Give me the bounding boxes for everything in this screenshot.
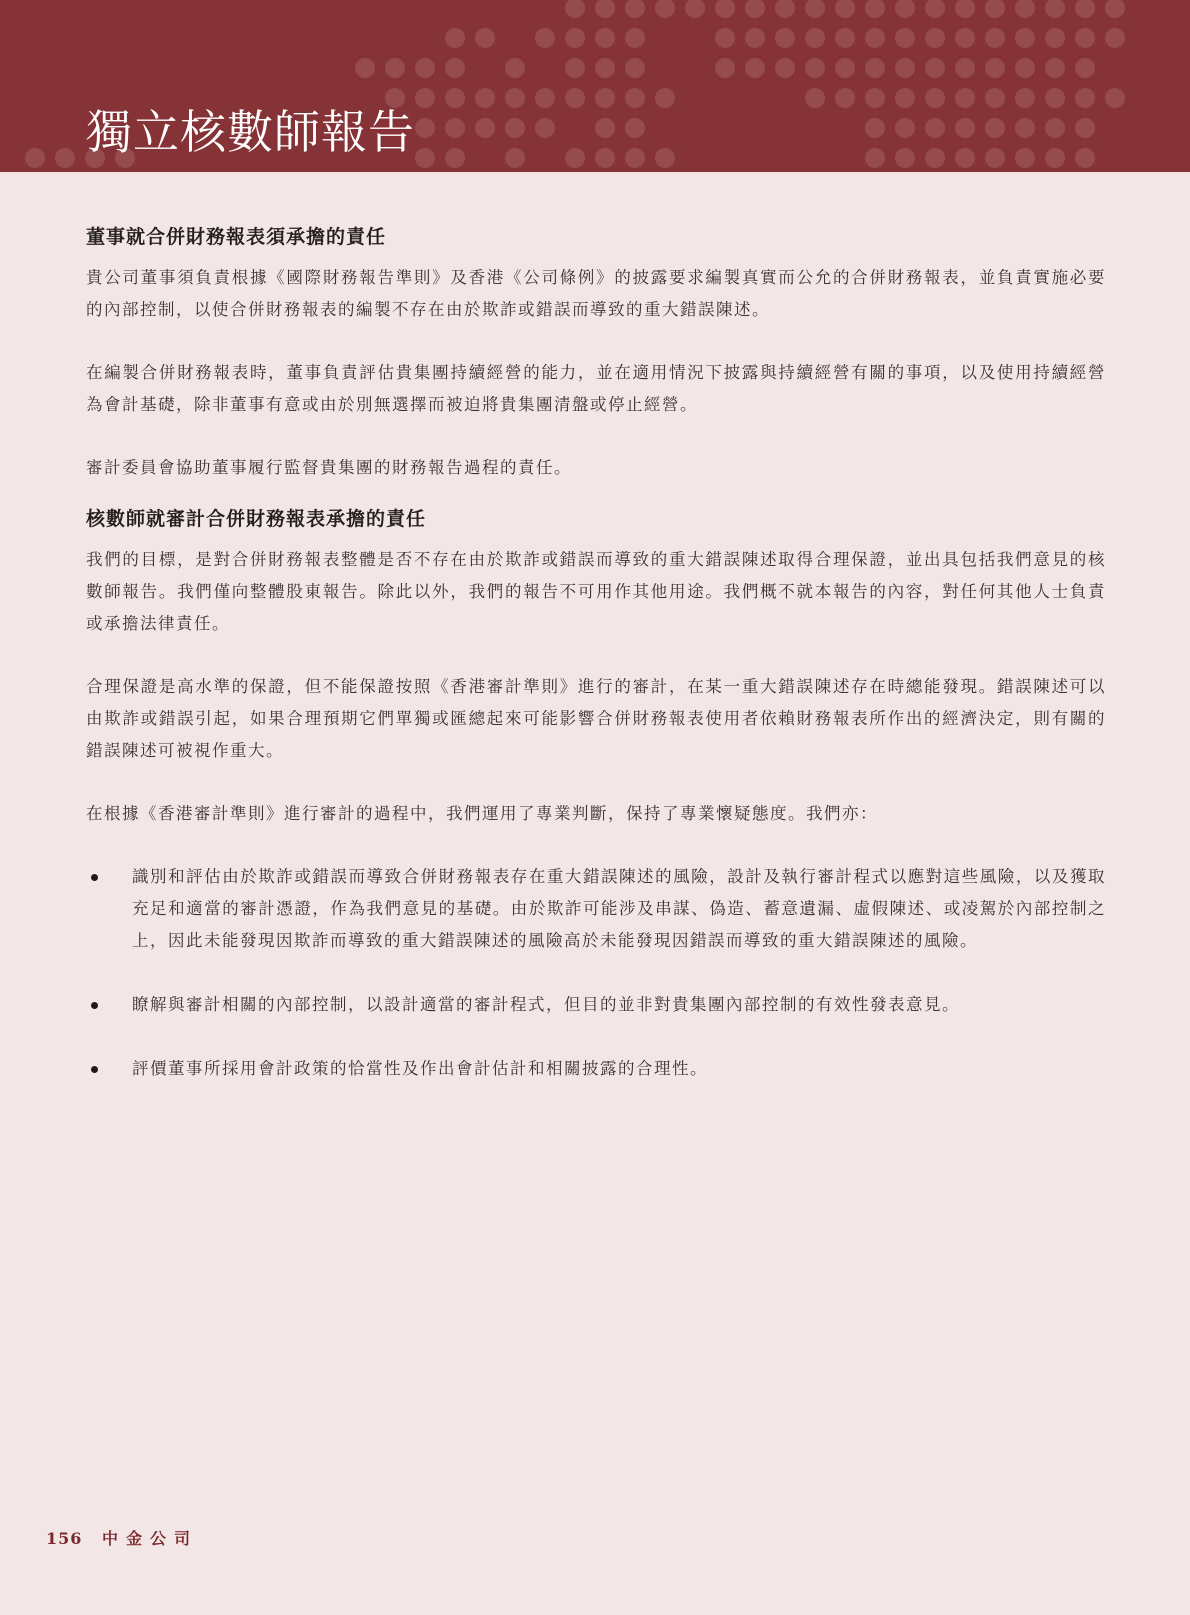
decorative-dot — [895, 88, 915, 108]
decorative-dot — [985, 0, 1005, 18]
decorative-dot — [535, 118, 555, 138]
auditor-responsibility-section: 核數師就審計合併財務報表承擔的責任 我們的目標，是對合併財務報表整體是否不存在由… — [86, 504, 1106, 1085]
decorative-dot — [1105, 0, 1125, 18]
decorative-dot — [1075, 58, 1095, 78]
decorative-dot — [865, 88, 885, 108]
decorative-dot — [835, 0, 855, 18]
decorative-dot — [1045, 0, 1065, 18]
decorative-dot — [1045, 58, 1065, 78]
decorative-dot — [595, 0, 615, 18]
decorative-dot — [565, 28, 585, 48]
decorative-dot — [865, 0, 885, 18]
decorative-dot — [775, 58, 795, 78]
decorative-dot — [445, 28, 465, 48]
paragraph: 審計委員會協助董事履行監督貴集團的財務報告過程的責任。 — [86, 452, 1106, 484]
decorative-dot — [1015, 0, 1035, 18]
decorative-dot — [445, 58, 465, 78]
decorative-dot — [715, 58, 735, 78]
paragraph: 在根據《香港審計準則》進行審計的過程中，我們運用了專業判斷，保持了專業懷疑態度。… — [86, 798, 1106, 830]
decorative-dot — [25, 148, 45, 168]
decorative-dot — [865, 148, 885, 168]
decorative-dot — [895, 0, 915, 18]
page-number: 156 — [46, 1529, 82, 1548]
decorative-dot — [1045, 88, 1065, 108]
bullet-icon — [91, 1002, 98, 1009]
decorative-dot — [775, 28, 795, 48]
decorative-dot — [625, 88, 645, 108]
decorative-dot — [715, 0, 735, 18]
decorative-dot — [595, 148, 615, 168]
decorative-dot — [955, 88, 975, 108]
decorative-dot — [445, 88, 465, 108]
decorative-dot — [1045, 148, 1065, 168]
decorative-dot — [985, 58, 1005, 78]
decorative-dot — [505, 148, 525, 168]
decorative-dot — [385, 58, 405, 78]
decorative-dot — [925, 28, 945, 48]
list-item: 瞭解與審計相關的內部控制，以設計適當的審計程式，但目的並非對貴集團內部控制的有效… — [86, 989, 1106, 1021]
decorative-dot — [655, 88, 675, 108]
decorative-dot — [625, 28, 645, 48]
decorative-dot — [415, 148, 435, 168]
decorative-dot — [715, 28, 735, 48]
decorative-dot — [805, 88, 825, 108]
list-item-text: 瞭解與審計相關的內部控制，以設計適當的審計程式，但目的並非對貴集團內部控制的有效… — [132, 995, 960, 1014]
decorative-dot — [475, 28, 495, 48]
decorative-dot — [445, 148, 465, 168]
decorative-dot — [985, 148, 1005, 168]
decorative-dot — [1075, 148, 1095, 168]
decorative-dot — [835, 88, 855, 108]
decorative-dot — [925, 88, 945, 108]
decorative-dot — [1045, 28, 1065, 48]
decorative-dot — [565, 0, 585, 18]
list-item-text: 識別和評估由於欺詐或錯誤而導致合併財務報表存在重大錯誤陳述的風險，設計及執行審計… — [132, 867, 1106, 950]
decorative-dot — [1015, 28, 1035, 48]
decorative-dot — [745, 0, 765, 18]
decorative-dot — [1015, 118, 1035, 138]
header-banner: 獨立核數師報告 — [0, 0, 1190, 172]
page-title: 獨立核數師報告 — [86, 104, 415, 160]
decorative-dot — [475, 88, 495, 108]
decorative-dot — [595, 58, 615, 78]
decorative-dot — [865, 58, 885, 78]
directors-responsibility-section: 董事就合併財務報表須承擔的責任 貴公司董事須負責根據《國際財務報告準則》及香港《… — [86, 222, 1106, 484]
decorative-dot — [955, 0, 975, 18]
decorative-dot — [895, 58, 915, 78]
decorative-dot — [595, 118, 615, 138]
decorative-dot — [565, 88, 585, 108]
decorative-dot — [565, 58, 585, 78]
decorative-dot — [625, 118, 645, 138]
decorative-dot — [1105, 88, 1125, 108]
decorative-dot — [505, 88, 525, 108]
page-footer: 156 中金公司 — [46, 1526, 198, 1549]
decorative-dot — [775, 0, 795, 18]
decorative-dot — [745, 28, 765, 48]
decorative-dot — [985, 88, 1005, 108]
paragraph: 合理保證是高水準的保證，但不能保證按照《香港審計準則》進行的審計，在某一重大錯誤… — [86, 671, 1106, 767]
paragraph: 我們的目標，是對合併財務報表整體是否不存在由於欺詐或錯誤而導致的重大錯誤陳述取得… — [86, 544, 1106, 640]
decorative-dot — [925, 118, 945, 138]
decorative-dot — [895, 118, 915, 138]
decorative-dot — [1075, 88, 1095, 108]
decorative-dot — [565, 148, 585, 168]
decorative-dot — [1075, 28, 1095, 48]
decorative-dot — [955, 58, 975, 78]
decorative-dot — [505, 118, 525, 138]
bullet-icon — [91, 874, 98, 881]
decorative-dot — [445, 118, 465, 138]
decorative-dot — [805, 28, 825, 48]
decorative-dot — [1045, 118, 1065, 138]
paragraph: 在編製合併財務報表時，董事負責評估貴集團持續經營的能力，並在適用情況下披露與持續… — [86, 357, 1106, 421]
decorative-dot — [865, 118, 885, 138]
decorative-dot — [625, 58, 645, 78]
decorative-dot — [1075, 0, 1095, 18]
decorative-dot — [355, 58, 375, 78]
decorative-dot — [865, 28, 885, 48]
list-item-text: 評價董事所採用會計政策的恰當性及作出會計估計和相關披露的合理性。 — [132, 1059, 708, 1078]
decorative-dot — [1075, 118, 1095, 138]
decorative-dot — [985, 28, 1005, 48]
decorative-dot — [835, 28, 855, 48]
list-item: 評價董事所採用會計政策的恰當性及作出會計估計和相關披露的合理性。 — [86, 1053, 1106, 1085]
decorative-dot — [685, 0, 705, 18]
decorative-dot — [805, 58, 825, 78]
decorative-dot — [895, 28, 915, 48]
decorative-dot — [895, 148, 915, 168]
decorative-dot — [985, 118, 1005, 138]
section-heading: 董事就合併財務報表須承擔的責任 — [86, 222, 1106, 252]
list-item: 識別和評估由於欺詐或錯誤而導致合併財務報表存在重大錯誤陳述的風險，設計及執行審計… — [86, 861, 1106, 957]
report-body: 董事就合併財務報表須承擔的責任 貴公司董事須負責根據《國際財務報告準則》及香港《… — [86, 222, 1106, 1117]
decorative-dot — [505, 58, 525, 78]
company-name: 中金公司 — [102, 1529, 198, 1548]
decorative-dot — [475, 118, 495, 138]
decorative-dot — [535, 28, 555, 48]
decorative-dot — [955, 148, 975, 168]
decorative-dot — [955, 118, 975, 138]
decorative-dot — [1105, 28, 1125, 48]
decorative-dot — [745, 58, 765, 78]
decorative-dot — [955, 28, 975, 48]
decorative-dot — [655, 148, 675, 168]
decorative-dot — [1015, 88, 1035, 108]
decorative-dot — [925, 148, 945, 168]
decorative-dot — [1015, 58, 1035, 78]
decorative-dot — [535, 88, 555, 108]
decorative-dot — [805, 0, 825, 18]
decorative-dot — [655, 0, 675, 18]
decorative-dot — [1015, 148, 1035, 168]
decorative-dot — [925, 0, 945, 18]
decorative-dot — [55, 148, 75, 168]
decorative-dot — [415, 58, 435, 78]
decorative-dot — [415, 118, 435, 138]
paragraph: 貴公司董事須負責根據《國際財務報告準則》及香港《公司條例》的披露要求編製真實而公… — [86, 262, 1106, 326]
decorative-dot — [625, 0, 645, 18]
decorative-dot — [415, 88, 435, 108]
decorative-dot — [595, 28, 615, 48]
decorative-dot — [835, 58, 855, 78]
bullet-icon — [91, 1066, 98, 1073]
bullet-list: 識別和評估由於欺詐或錯誤而導致合併財務報表存在重大錯誤陳述的風險，設計及執行審計… — [86, 861, 1106, 1085]
decorative-dot — [625, 148, 645, 168]
section-heading: 核數師就審計合併財務報表承擔的責任 — [86, 504, 1106, 534]
decorative-dot — [925, 58, 945, 78]
decorative-dot — [595, 88, 615, 108]
